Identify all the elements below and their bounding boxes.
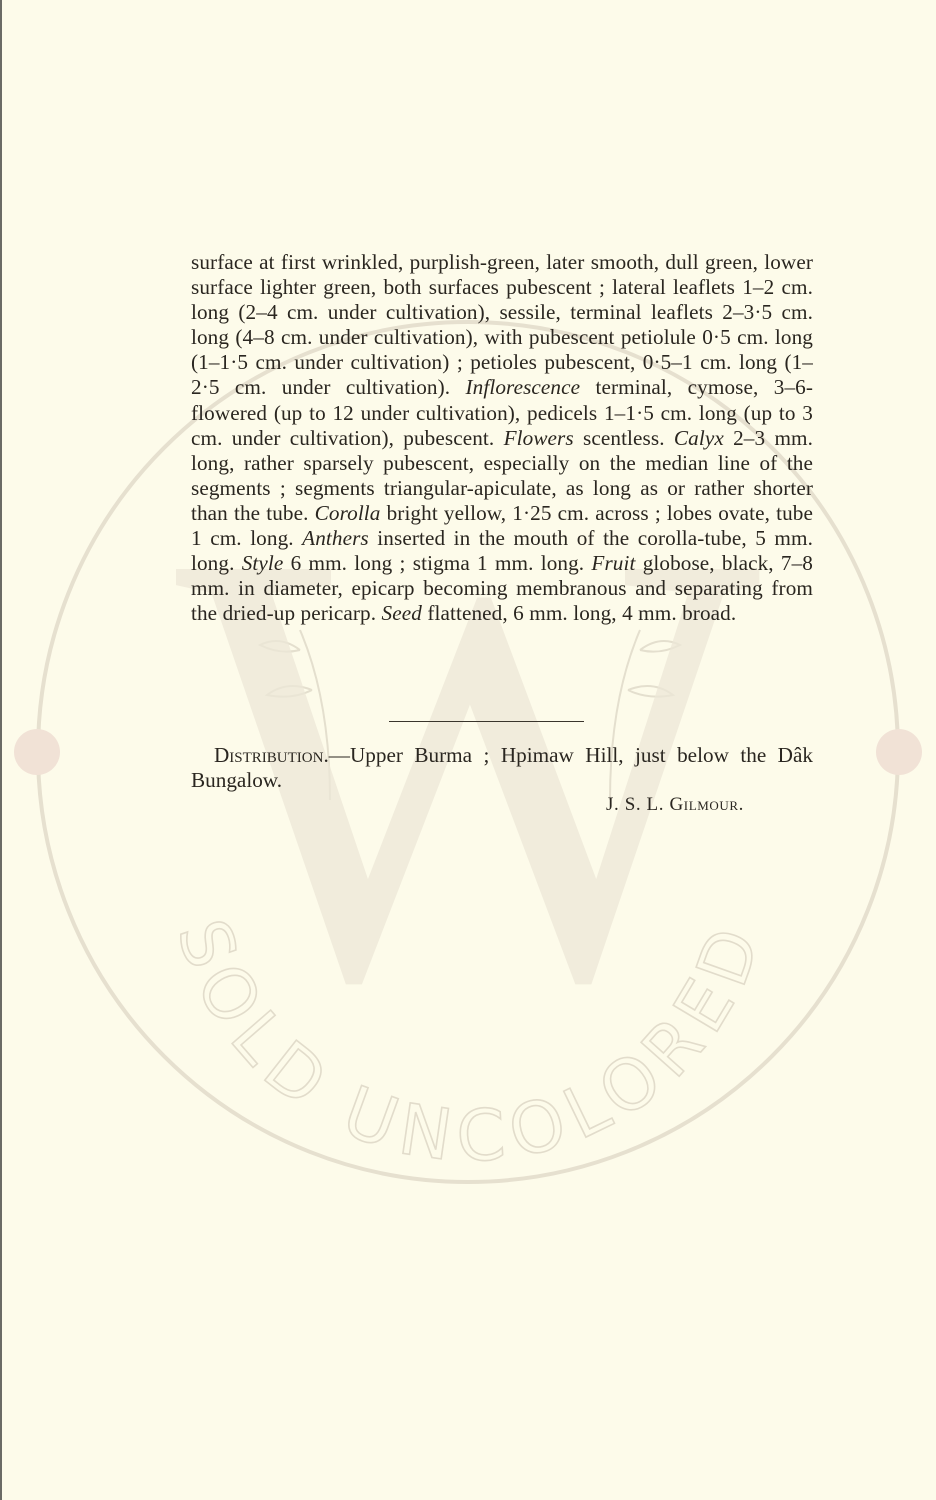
section-divider — [389, 721, 584, 722]
term-italic: Calyx — [674, 426, 724, 450]
description-paragraph: surface at first wrinkled, purplish-gree… — [191, 250, 813, 626]
term-italic: Corolla — [315, 501, 381, 525]
term-italic: Style — [242, 551, 284, 575]
body-text: surface at first wrinkled, purplish-gree… — [191, 250, 813, 626]
text-segment: 6 mm. long ; stigma 1 mm. long. — [283, 551, 591, 575]
author-signature: J. S. L. Gilmour. — [606, 794, 744, 816]
term-italic: Flowers — [504, 426, 574, 450]
term-italic: Anthers — [302, 526, 369, 550]
term-italic: Fruit — [591, 551, 635, 575]
distribution-paragraph: Distribution.—Upper Burma ; Hpimaw Hill,… — [191, 743, 813, 793]
watermark-dot-right — [876, 729, 922, 775]
term-italic: Seed — [382, 601, 422, 625]
watermark-ring-text: SOLD UNCOLORED — [161, 909, 779, 1178]
text-segment: flattened, 6 mm. long, 4 mm. broad. — [422, 601, 736, 625]
text-segment: scentless. — [574, 426, 674, 450]
page-edge — [0, 0, 2, 1500]
term-italic: Inflorescence — [466, 375, 581, 399]
watermark-dot-left — [14, 729, 60, 775]
distribution-label: Distribution. — [214, 743, 329, 767]
